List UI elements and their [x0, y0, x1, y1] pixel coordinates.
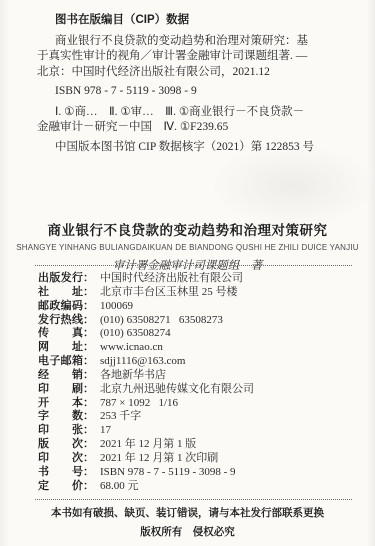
colophon-colon: ：	[83, 438, 94, 452]
colophon-value: sdjj1116@163.com	[100, 355, 185, 367]
colophon-row-publisher: 出版发行：中国时代经济出版社有限公司	[38, 272, 358, 286]
colophon-row-email: 电子邮箱：sdjj1116@163.com	[38, 355, 358, 369]
colophon-label: 印次	[38, 452, 83, 466]
colophon-value: 北京九州迅驰传媒文化有限公司	[100, 383, 254, 395]
colophon-label: 定价	[38, 480, 83, 494]
colophon-row-wordcount: 字数：253 千字	[38, 410, 358, 424]
colophon-value: 2021 年 12 月第 1 版	[100, 438, 196, 450]
colophon-label: 出版发行	[38, 272, 83, 286]
cip-section: 图书在版编目（CIP）数据 商业银行不良贷款的变动趋势和治理对策研究：基 于真实…	[37, 11, 355, 155]
colophon-label: 传真	[38, 327, 83, 341]
colophon-label: 版次	[38, 438, 83, 452]
colophon-value: 68.00 元	[100, 480, 139, 492]
colophon-label: 网址	[38, 341, 83, 355]
colophon-value: 17	[100, 424, 111, 436]
colophon-colon: ：	[83, 355, 94, 369]
cip-heading: 图书在版编目（CIP）数据	[37, 11, 355, 27]
colophon-colon: ：	[83, 383, 94, 397]
cip-description-line-2: 于真实性审计的视角／审计署金融审计司课题组著. —	[37, 49, 355, 64]
colophon-colon: ：	[83, 410, 94, 424]
colophon-label: 经销	[38, 369, 83, 383]
book-copyright-page: 图书在版编目（CIP）数据 商业银行不良贷款的变动趋势和治理对策研究：基 于真实…	[0, 0, 375, 546]
colophon-row-isbn: 书号：ISBN 978 - 7 - 5119 - 3098 - 9	[38, 466, 358, 480]
colophon-value: 中国时代经济出版社有限公司	[100, 272, 243, 284]
colophon-colon: ：	[83, 300, 94, 314]
colophon-row-edition: 版次：2021 年 12 月第 1 版	[38, 438, 358, 452]
colophon-colon: ：	[83, 466, 94, 480]
colophon-value: 2021 年 12 月第 1 次印刷	[100, 452, 218, 464]
colophon-label: 印张	[38, 424, 83, 438]
colophon-row-printer: 印刷：北京九州迅驰传媒文化有限公司	[38, 383, 358, 397]
colophon-colon: ：	[83, 424, 94, 438]
colophon-value: ISBN 978 - 7 - 5119 - 3098 - 9	[100, 466, 236, 478]
divider-dotted-bottom	[35, 499, 352, 500]
colophon-colon: ：	[83, 341, 94, 355]
colophon-label: 书号	[38, 466, 83, 480]
colophon-row-price: 定价：68.00 元	[38, 480, 358, 494]
colophon-value: 北京市丰台区玉林里 25 号楼	[100, 286, 238, 298]
colophon-colon: ：	[83, 327, 94, 341]
colophon-colon: ：	[83, 397, 94, 411]
colophon-colon: ：	[83, 272, 94, 286]
cip-description-line-1: 商业银行不良贷款的变动趋势和治理对策研究：基	[37, 34, 355, 49]
cip-record-number: 中国版本图书馆 CIP 数据核字（2021）第 122853 号	[37, 140, 355, 155]
colophon-label: 电子邮箱	[38, 355, 83, 369]
book-title-pinyin: SHANGYE YINHANG BULIANGDAIKUAN DE BIANDO…	[0, 243, 375, 252]
colophon-label: 开本	[38, 397, 83, 411]
colophon-colon: ：	[83, 480, 94, 494]
colophon-colon: ：	[83, 286, 94, 300]
colophon-label: 发行热线	[38, 314, 83, 328]
colophon-label: 字数	[38, 410, 83, 424]
cip-description-line-3: 北京：中国时代经济出版社有限公司，2021.12	[37, 65, 355, 80]
divider-dotted-top	[35, 265, 352, 266]
colophon-colon: ：	[83, 314, 94, 328]
colophon-row-postcode: 邮政编码：100069	[38, 300, 358, 314]
colophon-row-fax: 传真：(010) 63508274	[38, 327, 358, 341]
colophon-label: 社址	[38, 286, 83, 300]
colophon-value: (010) 63508271 63508273	[100, 314, 223, 326]
colophon-value: 787 × 1092 1/16	[100, 397, 178, 409]
colophon-row-sheets: 印张：17	[38, 424, 358, 438]
cip-classification-line-1: Ⅰ. ①商… Ⅱ. ①审… Ⅲ. ①商业银行－不良贷款－	[37, 105, 355, 120]
colophon-row-distributor: 经销：各地新华书店	[38, 369, 358, 383]
colophon-row-website: 网址：www.icnao.cn	[38, 341, 358, 355]
colophon-value: (010) 63508274	[100, 327, 171, 339]
colophon-row-address: 社址：北京市丰台区玉林里 25 号楼	[38, 286, 358, 300]
colophon-colon: ：	[83, 452, 94, 466]
colophon-value: 253 千字	[100, 410, 141, 422]
colophon-row-format: 开本：787 × 1092 1/16	[38, 397, 358, 411]
book-title: 商业银行不良贷款的变动趋势和治理对策研究	[0, 219, 375, 239]
colophon-row-impression: 印次：2021 年 12 月第 1 次印刷	[38, 452, 358, 466]
damage-replacement-notice: 本书如有破损、缺页、装订错误，请与本社发行部联系更换	[0, 505, 375, 520]
colophon-value: www.icnao.cn	[100, 341, 163, 353]
copyright-notice: 版权所有 侵权必究	[0, 524, 375, 539]
colophon-value: 100069	[100, 300, 133, 312]
cip-isbn: ISBN 978 - 7 - 5119 - 3098 - 9	[37, 84, 355, 99]
cip-classification-line-2: 金融审计－研究－中国 Ⅳ. ①F239.65	[37, 120, 355, 135]
colophon-colon: ：	[83, 369, 94, 383]
colophon-value: 各地新华书店	[100, 369, 166, 381]
colophon-list: 出版发行：中国时代经济出版社有限公司 社址：北京市丰台区玉林里 25 号楼 邮政…	[38, 272, 358, 494]
colophon-label: 印刷	[38, 383, 83, 397]
colophon-label: 邮政编码	[38, 300, 83, 314]
colophon-row-hotline: 发行热线：(010) 63508271 63508273	[38, 314, 358, 328]
